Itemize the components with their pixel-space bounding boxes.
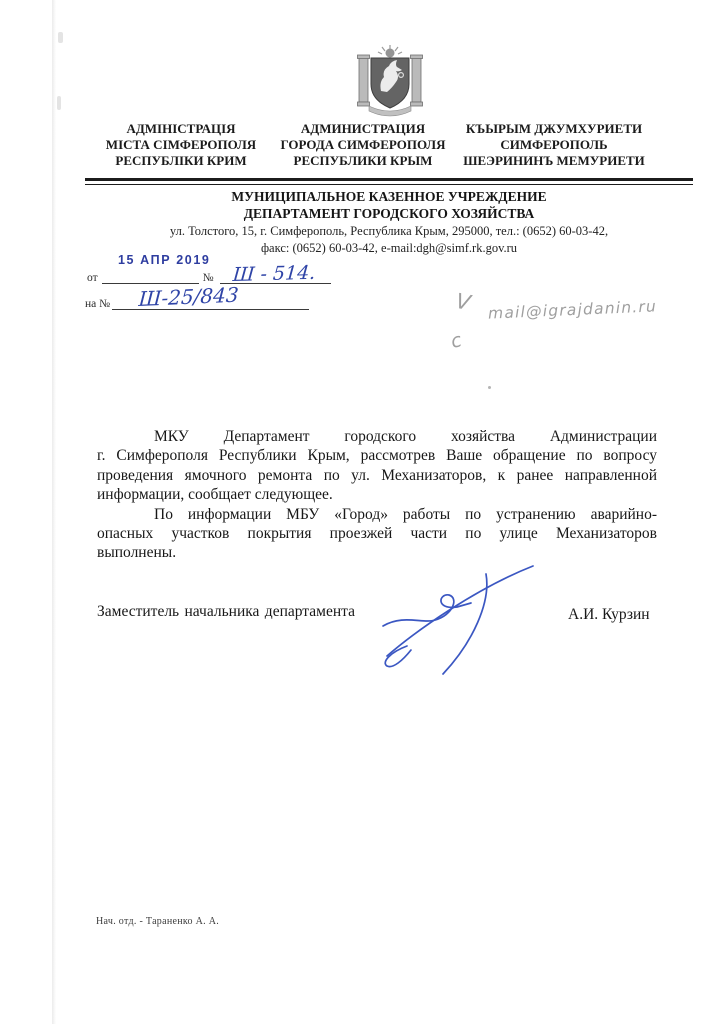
org-line: КЪЫРЫМ ДЖУМХУРИЕТИ (456, 121, 652, 137)
body-line: По информации МБУ «Город» работы по устр… (97, 505, 657, 524)
org-line: АДМІНІСТРАЦІЯ (92, 121, 270, 137)
body-line: информации, сообщает следующее. (97, 485, 657, 504)
signer-name: А.И. Курзин (568, 606, 650, 624)
org-name-russian: АДМИНИСТРАЦИЯ ГОРОДА СИМФЕРОПОЛЯ РЕСПУБЛ… (274, 121, 452, 169)
scanned-letter-page: АДМІНІСТРАЦІЯ МІСТА СІМФЕРОПОЛЯ РЕСПУБЛІ… (0, 0, 724, 1024)
org-line: ШЕЭРИНИНЪ МЕМУРИЕТИ (456, 153, 652, 169)
body-line: опасных участков покрытия проезжей части… (97, 524, 657, 543)
coat-of-arms-icon (356, 44, 424, 118)
institution-name: МУНИЦИПАЛЬНОЕ КАЗЕННОЕ УЧРЕЖДЕНИЕ ДЕПАРТ… (85, 188, 693, 222)
org-line: РЕСПУБЛИКИ КРЫМ (274, 153, 452, 169)
org-line: СИМФЕРОПОЛЬ (456, 137, 652, 153)
handwritten-signature (373, 560, 541, 678)
org-line: РЕСПУБЛІКИ КРИМ (92, 153, 270, 169)
org-line: АДМИНИСТРАЦИЯ (274, 121, 452, 137)
org-name-ukrainian: АДМІНІСТРАЦІЯ МІСТА СІМФЕРОПОЛЯ РЕСПУБЛІ… (92, 121, 270, 169)
from-label: от (87, 272, 98, 284)
institution-address: ул. Толстого, 15, г. Симферополь, Респуб… (85, 223, 693, 256)
reply-label: на № (85, 298, 110, 310)
body-line: г. Симферополя Республики Крым, рассмотр… (97, 446, 657, 465)
reply-blank-line: Ш-25/843 (112, 296, 309, 310)
signature-strokes (373, 560, 541, 678)
scan-smudge (57, 96, 61, 110)
institution-line: МУНИЦИПАЛЬНОЕ КАЗЕННОЕ УЧРЕЖДЕНИЕ (85, 188, 693, 205)
coat-of-arms-svg (356, 44, 424, 118)
body-line: МКУ Департамент городского хозяйства Адм… (97, 427, 657, 446)
scan-smudge (58, 32, 63, 43)
org-line: МІСТА СІМФЕРОПОЛЯ (92, 137, 270, 153)
org-line: ГОРОДА СИМФЕРОПОЛЯ (274, 137, 452, 153)
executor-note: Нач. отд. - Тараненко А. А. (96, 916, 219, 927)
outgoing-number-line: от№Ш - 514. (87, 270, 331, 284)
reply-number-line: на №Ш-25/843 (85, 296, 309, 310)
handwritten-outgoing-number: Ш - 514. (232, 262, 316, 286)
signer-position: Заместитель начальника департамента (97, 603, 355, 621)
address-line: ул. Толстого, 15, г. Симферополь, Респуб… (85, 223, 693, 240)
body-line: проведения ямочного ремонта по ул. Механ… (97, 466, 657, 485)
institution-line: ДЕПАРТАМЕНТ ГОРОДСКОГО ХОЗЯЙСТВА (85, 205, 693, 222)
pencil-check-mark: V (454, 289, 472, 315)
org-name-crimean-tatar: КЪЫРЫМ ДЖУМХУРИЕТИ СИМФЕРОПОЛЬ ШЕЭРИНИНЪ… (456, 121, 652, 169)
pencil-c-mark: c (448, 329, 463, 353)
date-blank-line (102, 270, 199, 284)
letter-body: МКУ Департамент городского хозяйства Адм… (97, 427, 657, 563)
pencil-email-note: mail@igrajdanin.ru (488, 297, 658, 322)
scan-speck (488, 386, 491, 389)
handwritten-reply-number: Ш-25/843 (138, 283, 239, 311)
number-label: № (203, 272, 214, 284)
date-stamp: 15 АПР 2019 (118, 253, 210, 267)
scan-edge-shadow (52, 0, 56, 1024)
letterhead-organizations: АДМІНІСТРАЦІЯ МІСТА СІМФЕРОПОЛЯ РЕСПУБЛІ… (92, 121, 652, 169)
header-divider-rule (85, 178, 693, 185)
